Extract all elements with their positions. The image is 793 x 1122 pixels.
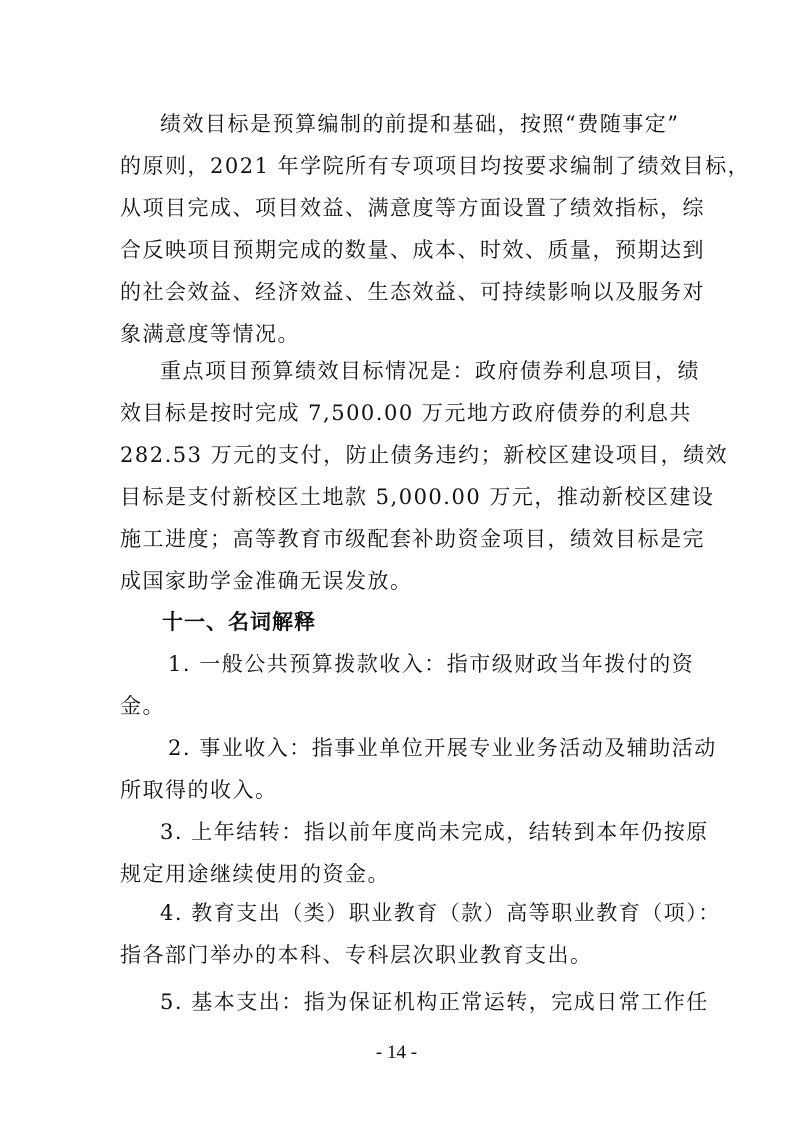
paragraph-1-line-4: 合反映项目预期完成的数量、成本、时效、质量，预期达到: [120, 236, 680, 264]
page-number: - 14 -: [0, 1042, 793, 1064]
paragraph-1-line-6: 象满意度等情况。: [120, 320, 680, 348]
paragraph-2-line-6: 成国家助学金准确无误发放。: [120, 567, 680, 595]
definition-1-line-1: 1. 一般公共预算拨款收入：指市级财政当年拨付的资: [168, 650, 728, 678]
paragraph-2-line-3: 282.53 万元的支付，防止债务违约；新校区建设项目，绩效: [120, 441, 680, 469]
definition-2-line-2: 所取得的收入。: [120, 776, 680, 804]
paragraph-2-line-5: 施工进度；高等教育市级配套补助资金项目，绩效目标是完: [120, 525, 680, 553]
paragraph-2-line-1: 重点项目预算绩效目标情况是：政府债券利息项目，绩: [160, 357, 720, 385]
definition-3-line-2: 规定用途继续使用的资金。: [120, 860, 680, 888]
paragraph-1-line-1: 绩效目标是预算编制的前提和基础，按照“费随事定”: [160, 110, 720, 138]
paragraph-2-line-2: 效目标是按时完成 7,500.00 万元地方政府债券的利息共: [120, 399, 680, 427]
section-heading: 十一、名词解释: [162, 608, 722, 636]
paragraph-1-line-5: 的社会效益、经济效益、生态效益、可持续影响以及服务对: [120, 278, 680, 306]
paragraph-2-line-4: 目标是支付新校区土地款 5,000.00 万元，推动新校区建设: [120, 483, 680, 511]
definition-4-line-1: 4. 教育支出（类）职业教育（款）高等职业教育（项）：: [160, 899, 720, 927]
definition-5-line-1: 5. 基本支出：指为保证机构正常运转，完成日常工作任: [160, 988, 720, 1016]
definition-3-line-1: 3. 上年结转：指以前年度尚未完成，结转到本年仍按原: [160, 818, 720, 846]
definition-1-line-2: 金。: [120, 692, 680, 720]
definition-2-line-1: 2. 事业收入：指事业单位开展专业业务活动及辅助活动: [168, 734, 728, 762]
paragraph-1-line-2: 的原则，2021 年学院所有专项项目均按要求编制了绩效目标，: [120, 152, 680, 180]
definition-4-line-2: 指各部门举办的本科、专科层次职业教育支出。: [120, 941, 680, 969]
paragraph-1-line-3: 从项目完成、项目效益、满意度等方面设置了绩效指标，综: [120, 194, 680, 222]
